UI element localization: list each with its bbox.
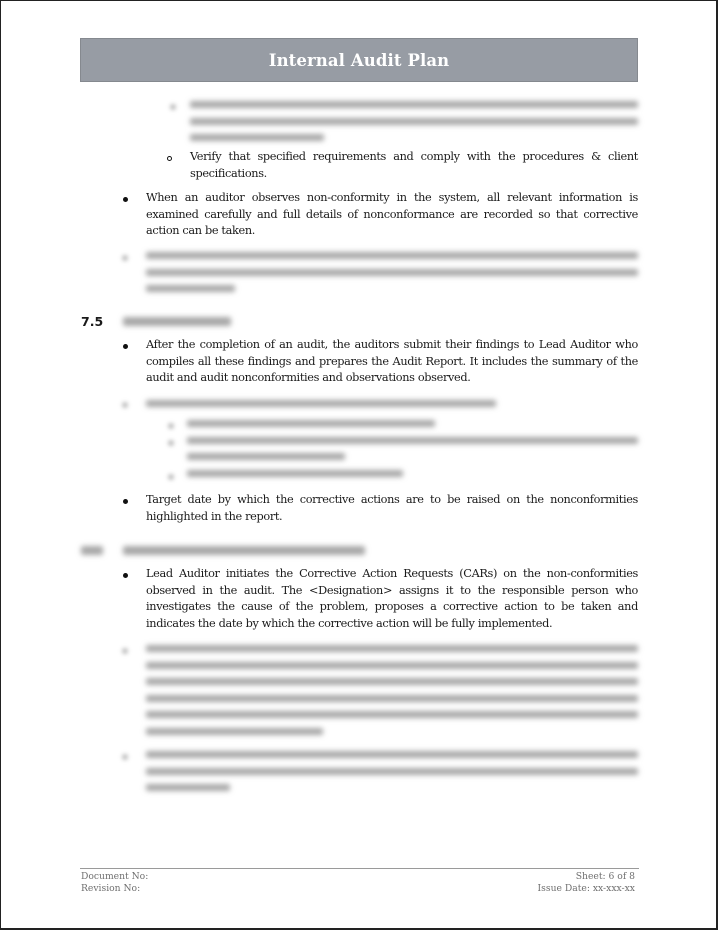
disc-bullet-icon xyxy=(123,344,128,349)
redacted-sub-bullet-marker xyxy=(168,440,174,446)
redacted-bullet-marker xyxy=(122,648,128,654)
document-number-label: Document No: xyxy=(81,871,148,883)
redacted-section-number xyxy=(81,546,103,565)
redacted-section-heading xyxy=(123,546,365,565)
issue-date: Issue Date: xx-xxx-xx xyxy=(538,883,635,895)
disc-bullet-icon xyxy=(123,573,128,578)
section-number-7-5: 7.5 xyxy=(81,314,103,329)
redacted-sub-bullet-marker xyxy=(170,104,176,110)
document-header: Internal Audit Plan xyxy=(80,38,638,82)
redacted-sub-list xyxy=(187,420,638,486)
redacted-bullet-marker xyxy=(122,402,128,408)
redacted-sub-bullet-marker xyxy=(168,423,174,429)
bullet-nonconformity-text: When an auditor observes non-conformity … xyxy=(146,190,638,240)
footer-left: Document No: Revision No: xyxy=(81,871,148,895)
disc-bullet-icon xyxy=(123,499,128,504)
redacted-section-heading xyxy=(123,317,231,336)
redacted-sub-bullet-marker xyxy=(168,474,174,480)
redacted-bullet-marker xyxy=(122,255,128,261)
footer-right: Sheet: 6 of 8 Issue Date: xx-xxx-xx xyxy=(538,871,635,895)
redacted-bullet-marker xyxy=(122,754,128,760)
bullet-car-text: Lead Auditor initiates the Corrective Ac… xyxy=(146,566,638,632)
bullet-findings-text: After the completion of an audit, the au… xyxy=(146,337,638,387)
redacted-paragraph xyxy=(146,645,638,745)
circle-bullet-icon xyxy=(167,156,172,161)
disc-bullet-icon xyxy=(123,197,128,202)
sub-bullet-verify-text: Verify that specified requirements and c… xyxy=(190,149,638,182)
revision-number-label: Revision No: xyxy=(81,883,148,895)
redacted-paragraph xyxy=(146,252,638,302)
footer-divider xyxy=(80,868,639,869)
redacted-paragraph xyxy=(146,400,496,417)
bullet-target-date-text: Target date by which the corrective acti… xyxy=(146,492,638,525)
sheet-number: Sheet: 6 of 8 xyxy=(538,871,635,883)
document-title: Internal Audit Plan xyxy=(269,51,449,70)
redacted-paragraph xyxy=(190,101,638,151)
redacted-paragraph xyxy=(146,751,638,801)
document-page: Internal Audit Plan Verify that specifie… xyxy=(0,0,718,930)
